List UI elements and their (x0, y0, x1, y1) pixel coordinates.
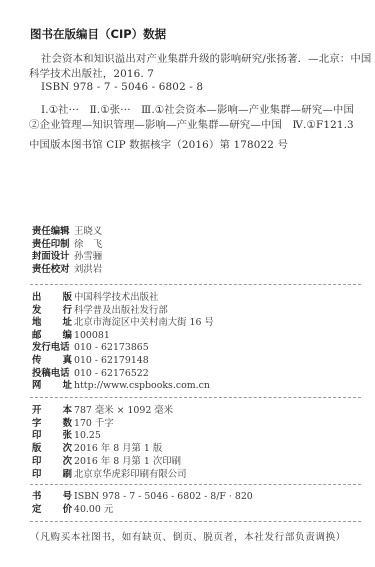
label-char: 网 (32, 380, 41, 392)
pub-row-postcode: 邮编 100081 (32, 330, 110, 342)
label-char: 开 (32, 405, 41, 417)
pub-value: 科学普及出版社发行部 (74, 305, 168, 317)
label-char: 张 (63, 430, 72, 442)
pub-value: 北京市海淀区中关村南大街 16 号 (74, 317, 214, 329)
spec-value: 2016 年 8 月第 1 次印刷 (74, 456, 181, 468)
label-char: 址 (63, 317, 72, 329)
staff-row-print-manager: 责任印制 徐 飞 (32, 239, 102, 251)
cip-line-title: 社会资本和知识溢出对产业集群升级的影响研究/张扬著．—北京：中国 (41, 50, 371, 65)
label-char: 地 (32, 317, 41, 329)
staff-label: 责任编辑 (32, 226, 72, 238)
label-char: 出 (32, 292, 41, 304)
pub-row-sales-phone: 发行电话 010 - 62173865 (32, 342, 149, 354)
label-char: 次 (63, 443, 72, 455)
label-char: 投稿电话 (32, 368, 70, 380)
pub-value: 010 - 62176522 (74, 368, 149, 380)
label-char: 字 (32, 418, 41, 430)
pub-row-fax: 传真 010 - 62179148 (32, 355, 149, 367)
label-char: 真 (63, 355, 72, 367)
label-char: 传 (32, 355, 41, 367)
spec-row-sheets: 印张 10.25 (32, 430, 101, 442)
label-char: 次 (63, 456, 72, 468)
replacement-notice: （凡购买本社图书，如有缺页、倒页、脱页者，本社发行部负责调换） (30, 529, 346, 543)
label-char: 行 (63, 305, 72, 317)
staff-label: 责任印制 (32, 239, 72, 251)
label-char: 刷 (63, 469, 72, 481)
book-value: 40.00 元 (74, 504, 113, 516)
spec-value: 170 千字 (74, 418, 114, 430)
cip-line-subjects-1: Ⅰ.①社··· Ⅱ.①张··· Ⅲ.①社会资本—影响—产业集群—研究—中国 (41, 101, 354, 116)
spec-value: 10.25 (74, 430, 101, 442)
cip-line-isbn: ISBN 978 - 7 - 5046 - 6802 - 8 (41, 81, 203, 93)
pub-label: 地址 (32, 317, 72, 329)
label-char: 印 (32, 430, 41, 442)
spec-value: 787 毫米 × 1092 毫米 (74, 405, 173, 417)
spec-label: 版次 (32, 443, 72, 455)
divider-dashed (30, 484, 361, 485)
pub-label: 网址 (32, 380, 72, 392)
pub-row-publisher: 出版 中国科学技术出版社 (32, 292, 158, 304)
staff-value: 王晓义 (74, 226, 102, 238)
pub-row-website: 网址 http://www.cspbooks.com.cn (32, 380, 210, 392)
cip-line-publisher: 科学技术出版社，2016. 7 (29, 65, 154, 80)
staff-label: 封面设计 (32, 251, 72, 263)
staff-value: 刘洪岩 (74, 264, 102, 276)
divider-dashed (30, 397, 361, 398)
pub-label: 发行 (32, 305, 72, 317)
staff-value: 孙雪骊 (74, 251, 102, 263)
pub-row-address: 地址 北京市海淀区中关村南大街 16 号 (32, 317, 214, 329)
label-char: 址 (63, 380, 72, 392)
spec-row-edition: 版次 2016 年 8 月第 1 版 (32, 443, 162, 455)
pub-value: 010 - 62179148 (74, 355, 149, 367)
label-char: 编 (63, 330, 72, 342)
staff-value: 徐 飞 (74, 239, 102, 251)
label-char: 数 (63, 418, 72, 430)
staff-row-cover-design: 封面设计 孙雪骊 (32, 251, 102, 263)
pub-label: 传真 (32, 355, 72, 367)
book-row-isbn: 书号 ISBN 978 - 7 - 5046 - 6802 - 8/F · 82… (32, 491, 253, 503)
spec-value: 北京京华虎彩印刷有限公司 (74, 469, 187, 481)
spec-value: 2016 年 8 月第 1 版 (74, 443, 162, 455)
cip-line-record-number: 中国版本图书馆 CIP 数据核字（2016）第 178022 号 (29, 136, 288, 151)
pub-label: 投稿电话 (32, 368, 72, 380)
staff-label: 责任校对 (32, 264, 72, 276)
label-char: 本 (63, 405, 72, 417)
label-char: 书 (32, 491, 41, 503)
cip-title: 图书在版编目（CIP）数据 (30, 26, 166, 42)
website-link[interactable]: http://www.cspbooks.com.cn (74, 380, 210, 392)
spec-row-printer: 印刷 北京京华虎彩印刷有限公司 (32, 469, 187, 481)
spec-label: 字数 (32, 418, 72, 430)
pub-row-distributor: 发行 科学普及出版社发行部 (32, 305, 168, 317)
spec-label: 印刷 (32, 469, 72, 481)
staff-row-editor: 责任编辑 王晓义 (32, 226, 102, 238)
label-char: 邮 (32, 330, 41, 342)
spec-label: 印张 (32, 430, 72, 442)
label-char: 发行电话 (32, 342, 70, 354)
book-value: ISBN 978 - 7 - 5046 - 6802 - 8/F · 820 (74, 491, 253, 503)
book-row-price: 定价 40.00 元 (32, 504, 113, 516)
spec-row-word-count: 字数 170 千字 (32, 418, 114, 430)
divider-dashed (30, 521, 361, 522)
pub-value: 010 - 62173865 (74, 342, 149, 354)
label-char: 号 (63, 491, 72, 503)
label-char: 发 (32, 305, 41, 317)
spec-row-format: 开本 787 毫米 × 1092 毫米 (32, 405, 173, 417)
pub-label: 出版 (32, 292, 72, 304)
staff-row-proofreader: 责任校对 刘洪岩 (32, 264, 102, 276)
pub-value: 100081 (74, 330, 110, 342)
label-char: 印 (32, 456, 41, 468)
pub-label: 发行电话 (32, 342, 72, 354)
pub-value: 中国科学技术出版社 (74, 292, 158, 304)
label-char: 版 (63, 292, 72, 304)
spec-row-printing: 印次 2016 年 8 月第 1 次印刷 (32, 456, 181, 468)
book-label: 定价 (32, 504, 72, 516)
pub-row-submission-phone: 投稿电话 010 - 62176522 (32, 368, 149, 380)
label-char: 版 (32, 443, 41, 455)
label-char: 定 (32, 504, 41, 516)
book-label: 书号 (32, 491, 72, 503)
pub-label: 邮编 (32, 330, 72, 342)
label-char: 印 (32, 469, 41, 481)
spec-label: 印次 (32, 456, 72, 468)
label-char: 价 (63, 504, 72, 516)
spec-label: 开本 (32, 405, 72, 417)
divider-dashed (30, 284, 361, 285)
cip-line-subjects-2: ②企业管理—知识管理—影响—产业集群—研究—中国 Ⅳ.①F121.3 (29, 116, 354, 131)
